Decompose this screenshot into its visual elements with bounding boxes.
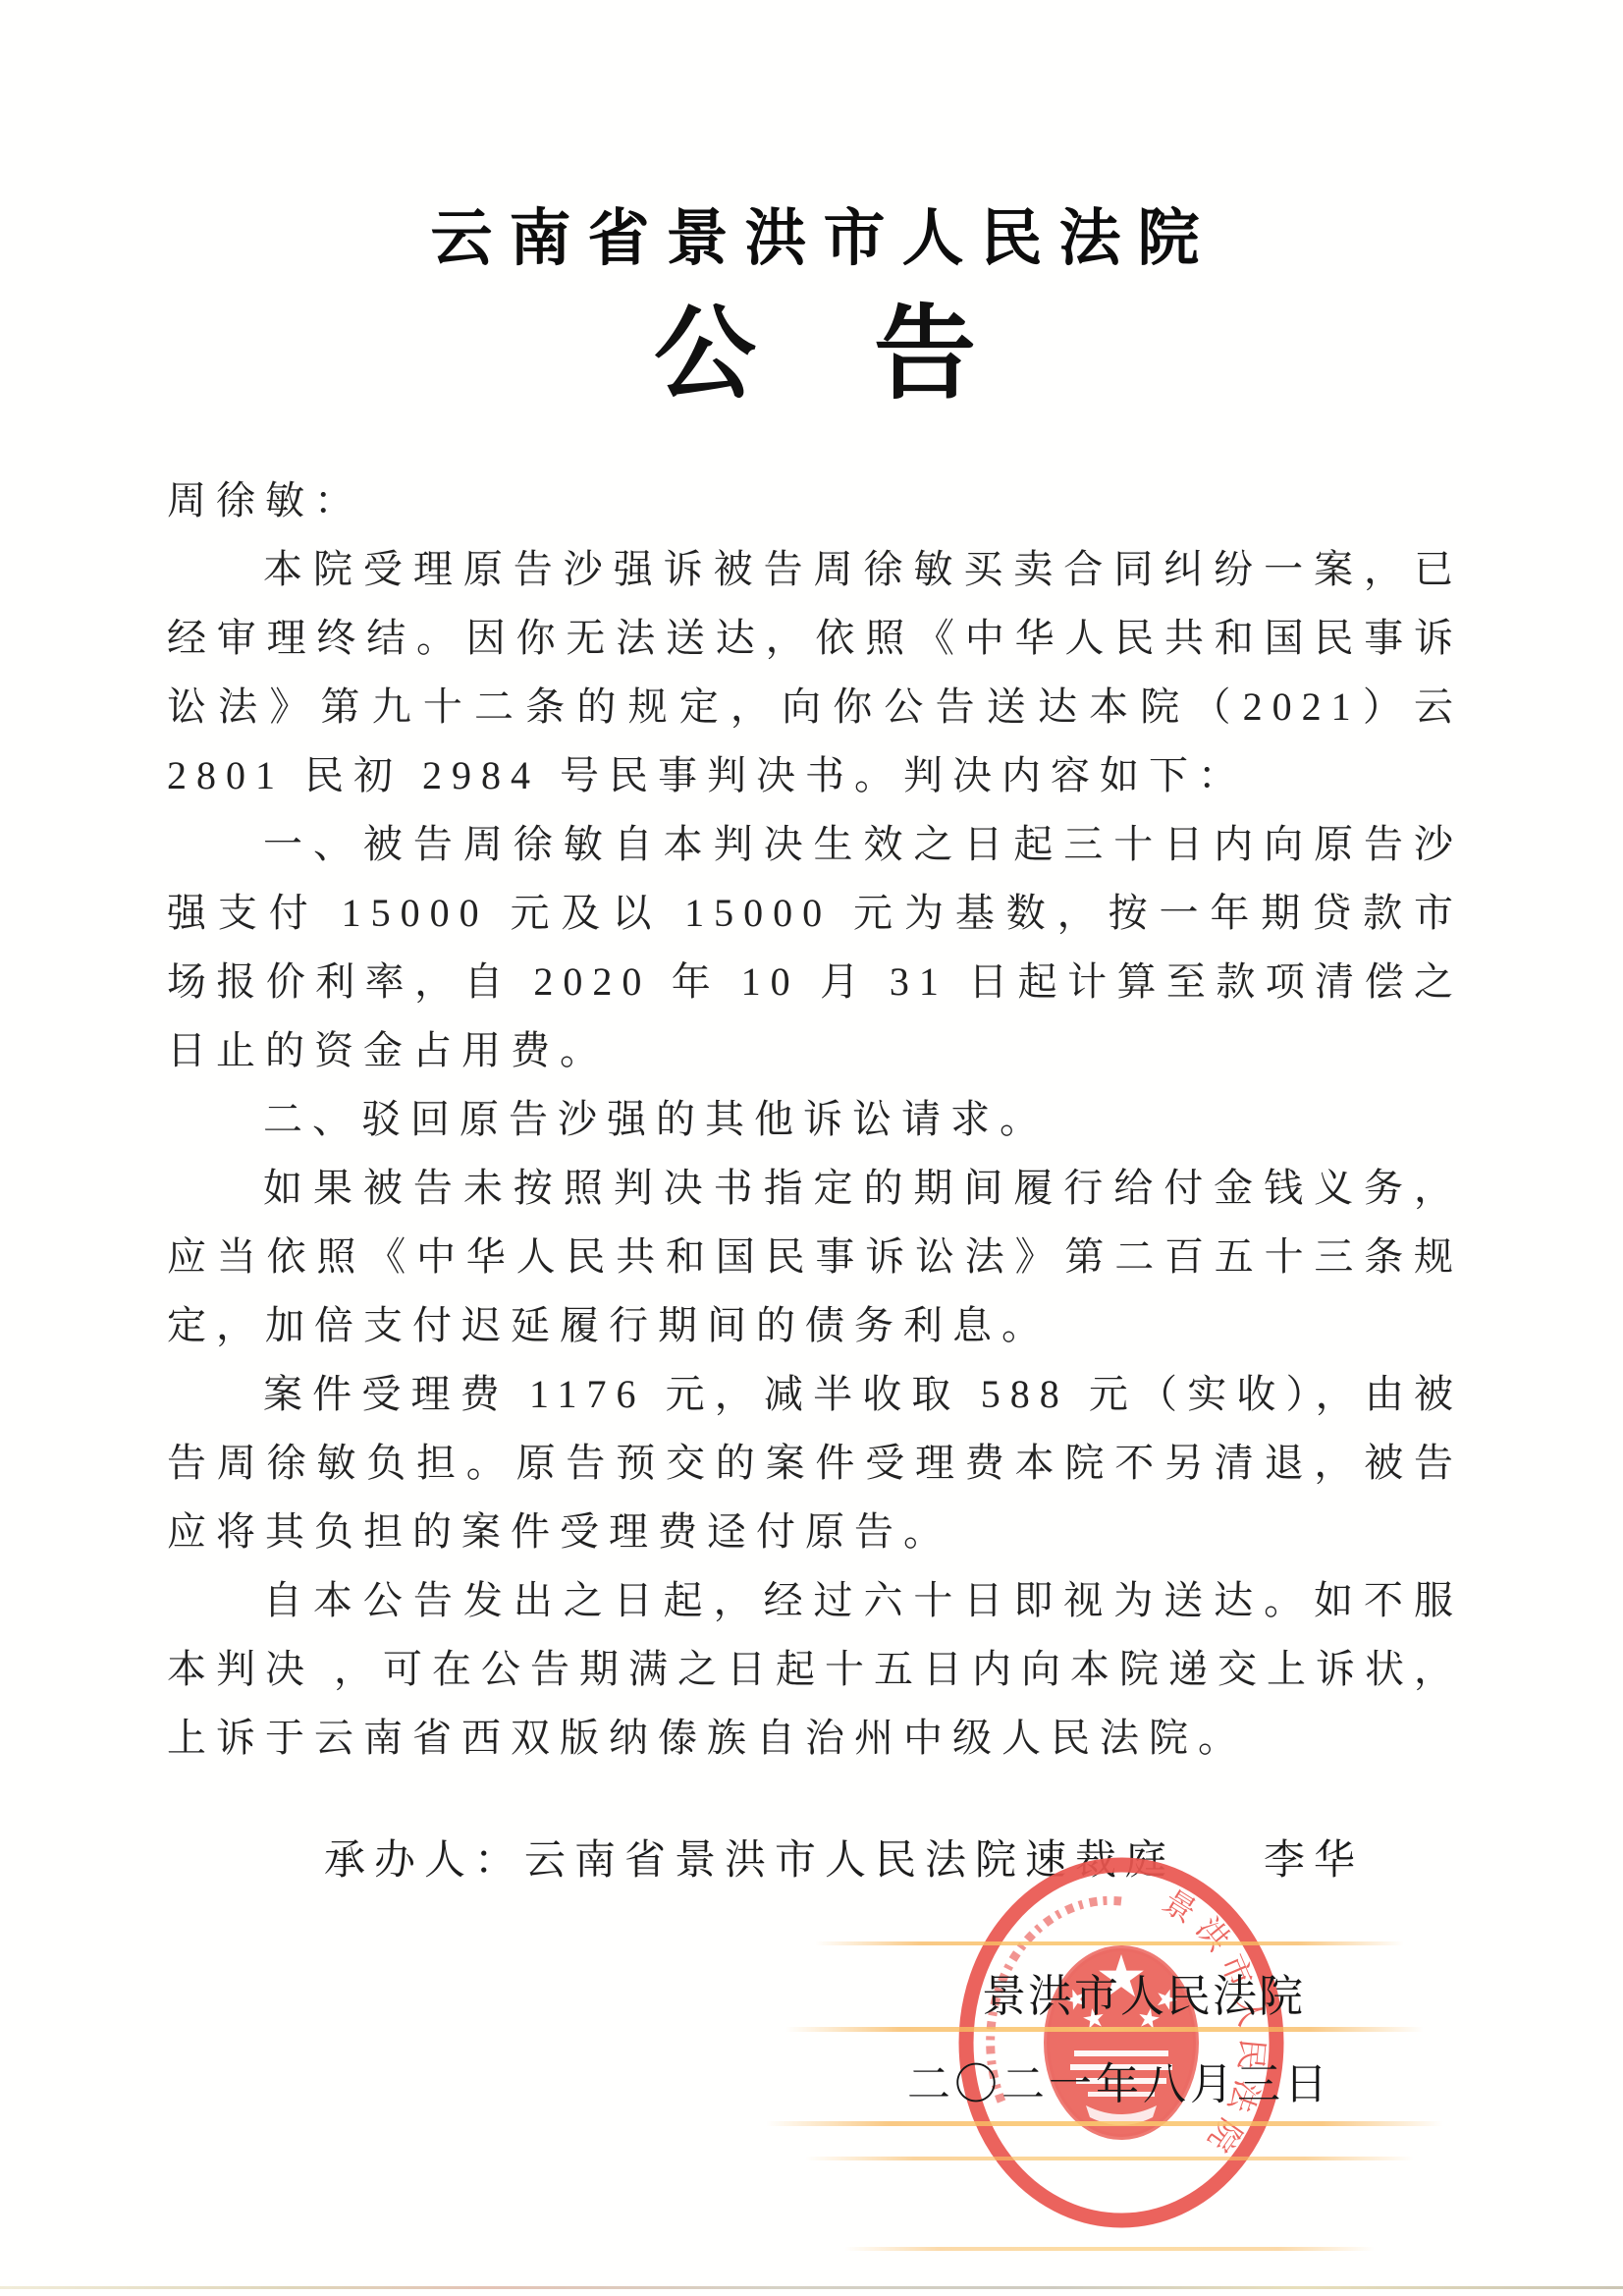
body-paragraph: 本院受理原告沙强诉被告周徐敏买卖合同纠纷一案，已经审理终结。因你无法送达，依照《… <box>167 535 1463 810</box>
salutation: 周徐敏： <box>167 466 1463 535</box>
body-paragraph: 如果被告未按照判决书指定的期间履行给付金钱义务，应当依照《中华人民共和国民事诉讼… <box>167 1154 1463 1360</box>
court-seal-graphic: 景洪市人民法院 <box>950 1848 1292 2237</box>
document-page: 云南省景洪市人民法院 公告 周徐敏： 本院受理原告沙强诉被告周徐敏买卖合同纠纷一… <box>0 0 1623 2296</box>
signature-date: 二〇二一年八月三日 <box>907 2049 1331 2111</box>
scan-page-bottom-edge <box>0 2286 1623 2289</box>
notice-body: 周徐敏： 本院受理原告沙强诉被告周徐敏买卖合同纠纷一案，已经审理终结。因你无法送… <box>167 466 1463 1773</box>
signature-court-name: 景洪市人民法院 <box>982 1960 1305 2024</box>
notice-document: 云南省景洪市人民法院 公告 周徐敏： 本院受理原告沙强诉被告周徐敏买卖合同纠纷一… <box>0 0 1623 1895</box>
body-paragraph: 二、驳回原告沙强的其他诉讼请求。 <box>167 1085 1463 1154</box>
body-paragraph: 一、被告周徐敏自本判决生效之日起三十日内向原告沙强支付 15000 元及以 15… <box>167 810 1463 1085</box>
notice-title: 公告 <box>167 300 1463 410</box>
court-official-seal: 景洪市人民法院 <box>950 1848 1292 2237</box>
body-paragraph: 案件受理费 1176 元，减半收取 588 元（实收），由被告周徐敏负担。原告预… <box>167 1360 1463 1566</box>
court-name-header: 云南省景洪市人民法院 <box>167 208 1463 270</box>
body-paragraph: 自本公告发出之日起，经过六十日即视为送达。如不服本判决 ，可在公告期满之日起十五… <box>167 1566 1463 1773</box>
scan-artifact-line <box>844 2247 1375 2251</box>
